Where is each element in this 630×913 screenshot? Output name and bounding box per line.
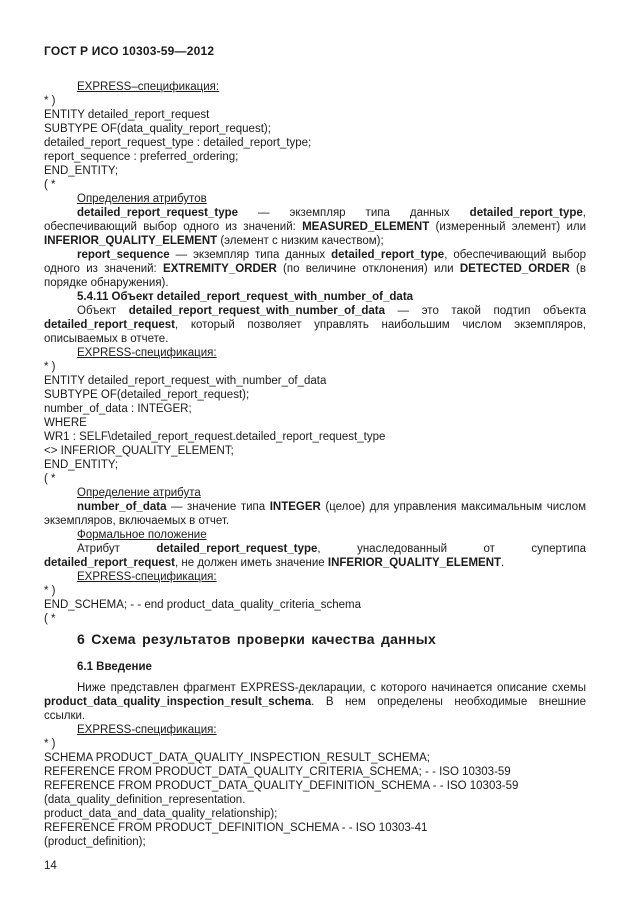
text-segment: WHERE [44,417,87,429]
express-code-line: * ) [44,584,586,598]
express-code-line: END_SCHEMA; - - end product_data_quality… [44,598,586,612]
text-segment: report_sequence [77,249,170,261]
text-segment: (измеренный элемент) или [429,221,586,233]
text-segment: Определение атрибута [77,487,201,499]
text-segment: ( * [44,473,56,485]
underlined-label: EXPRESS-спецификация: [44,346,586,360]
text-segment: Формальное положение [77,529,207,541]
text-segment: * ) [44,738,56,750]
paragraph: number_of_data — значение типа INTEGER (… [44,500,586,528]
express-code-line: ENTITY detailed_report_request [44,108,586,122]
express-code-line: product_data_and_data_quality_relationsh… [44,807,586,821]
text-segment: (data_quality_definition_representation. [44,794,245,806]
text-segment: INFERIOR_QUALITY_ELEMENT [44,235,217,247]
text-segment: Атрибут [77,543,156,555]
text-segment: * ) [44,95,56,107]
text-segment: detailed_report_request_type [77,207,238,219]
paragraph: Ниже представлен фрагмент EXPRESS-деклар… [44,681,586,723]
express-code-line: * ) [44,94,586,108]
text-segment: EXPRESS-спецификация: [77,571,217,583]
express-code-line: (product_definition); [44,835,586,849]
underlined-label: Определения атрибутов [44,192,586,206]
express-code-line: END_ENTITY; [44,164,586,178]
text-segment: number_of_data [77,501,166,513]
text-segment: EXPRESS-спецификация: [77,347,217,359]
text-segment: detailed_report_request_with_number_of_d… [129,305,385,317]
express-code-line: report_sequence : preferred_ordering; [44,150,586,164]
express-code-line: ( * [44,178,586,192]
express-code-line: number_of_data : INTEGER; [44,402,586,416]
text-segment: — экземпляр типа данных [170,249,331,261]
paragraph: report_sequence — экземпляр типа данных … [44,248,586,290]
text-segment: REFERENCE FROM PRODUCT_DATA_QUALITY_CRIT… [44,766,511,778]
text-segment: number_of_data : INTEGER; [44,403,192,415]
text-segment: — экземпляр типа данных [238,207,470,219]
text-segment: — это такой подтип объекта [385,305,586,317]
text-segment: (элемент с низким качеством); [217,235,384,247]
text-segment: 6 Схема результатов проверки качества да… [77,631,436,647]
document-page: ГОСТ Р ИСО 10303-59—2012 EXPRESS–специфи… [0,0,630,913]
express-code-line: REFERENCE FROM PRODUCT_DATA_QUALITY_DEFI… [44,779,586,793]
text-segment: Ниже представлен фрагмент EXPRESS-деклар… [77,682,586,694]
underlined-label: Формальное положение [44,528,586,542]
text-segment: <> INFERIOR_QUALITY_ELEMENT; [44,445,234,457]
express-code-line: ( * [44,612,586,626]
text-segment: detailed_report_type [331,249,444,261]
paragraph: Атрибут detailed_report_request_type, ун… [44,542,586,570]
text-segment: detailed_report_request [44,319,175,331]
text-segment: Объект [77,305,129,317]
text-segment: ENTITY detailed_report_request [44,109,209,121]
text-segment: detailed_report_request [44,557,175,569]
text-segment: MEASURED_ELEMENT [302,221,429,233]
express-code-line: SCHEMA PRODUCT_DATA_QUALITY_INSPECTION_R… [44,751,586,765]
text-segment: , унаследованный от супертипа [317,543,586,555]
text-segment: detailed_report_type [470,207,583,219]
text-segment: 6.1 Введение [77,661,152,673]
text-segment: report_sequence : preferred_ordering; [44,151,238,163]
subsection-heading: 6.1 Введение [44,660,586,674]
paragraph: detailed_report_request_type — экземпляр… [44,206,586,248]
text-segment: * ) [44,361,56,373]
text-segment: * ) [44,585,56,597]
text-segment: WR1 : SELF\detailed_report_request.detai… [44,431,385,443]
text-segment: , не должен иметь значение [175,557,328,569]
text-segment: REFERENCE FROM PRODUCT_DATA_QUALITY_DEFI… [44,780,518,792]
text-segment: EXPRESS–спецификация: [77,81,219,93]
express-code-line: detailed_report_request_type : detailed_… [44,136,586,150]
text-segment: ( * [44,613,56,625]
underlined-label: EXPRESS–спецификация: [44,80,586,94]
text-segment: detailed_report_request_type [156,543,317,555]
text-segment: — значение типа [166,501,269,513]
text-segment: END_ENTITY; [44,459,118,471]
express-code-line: * ) [44,737,586,751]
underlined-label: EXPRESS-спецификация: [44,570,586,584]
text-segment: Определения атрибутов [77,193,207,205]
text-segment: END_ENTITY; [44,165,118,177]
text-segment: (product_definition); [44,836,146,848]
text-segment: REFERENCE FROM PRODUCT_DEFINITION_SCHEMA… [44,822,427,834]
express-code-line: END_ENTITY; [44,458,586,472]
express-code-line: ENTITY detailed_report_request_with_numb… [44,374,586,388]
express-code-line: * ) [44,360,586,374]
text-segment: SUBTYPE OF(detailed_report_request); [44,389,249,401]
section-heading: 6 Схема результатов проверки качества да… [44,630,586,648]
express-code-line: REFERENCE FROM PRODUCT_DEFINITION_SCHEMA… [44,821,586,835]
express-code-line: WR1 : SELF\detailed_report_request.detai… [44,430,586,444]
express-code-line: WHERE [44,416,586,430]
text-segment: INFERIOR_QUALITY_ELEMENT [328,557,501,569]
document-header: ГОСТ Р ИСО 10303-59—2012 [44,44,586,58]
page-number: 14 [44,859,586,873]
text-segment: product_data_and_data_quality_relationsh… [44,808,277,820]
express-code-line: ( * [44,472,586,486]
text-segment: EXTREMITY_ORDER [163,263,277,275]
express-code-line: SUBTYPE OF(detailed_report_request); [44,388,586,402]
text-segment: INTEGER [270,501,321,513]
express-code-line: SUBTYPE OF(data_quality_report_request); [44,122,586,136]
document-body: EXPRESS–спецификация:* )ENTITY detailed_… [44,80,586,849]
text-segment: END_SCHEMA; - - end product_data_quality… [44,599,361,611]
underlined-label: EXPRESS-спецификация: [44,723,586,737]
paragraph: Объект detailed_report_request_with_numb… [44,304,586,346]
text-segment: 5.4.11 Объект detailed_report_request_wi… [77,291,413,303]
express-code-line: REFERENCE FROM PRODUCT_DATA_QUALITY_CRIT… [44,765,586,779]
underlined-label: Определение атрибута [44,486,586,500]
text-segment: EXPRESS-спецификация: [77,724,217,736]
express-code-line: (data_quality_definition_representation. [44,793,586,807]
express-code-line: <> INFERIOR_QUALITY_ELEMENT; [44,444,586,458]
text-segment: DETECTED_ORDER [460,263,570,275]
subclause-heading: 5.4.11 Объект detailed_report_request_wi… [44,290,586,304]
text-segment: SUBTYPE OF(data_quality_report_request); [44,123,271,135]
text-segment: detailed_report_request_type : detailed_… [44,137,311,149]
text-segment: ENTITY detailed_report_request_with_numb… [44,375,326,387]
text-segment: ( * [44,179,56,191]
text-segment: SCHEMA PRODUCT_DATA_QUALITY_INSPECTION_R… [44,752,430,764]
text-segment: product_data_quality_inspection_result_s… [44,696,311,708]
text-segment: (по величине отклонения) или [277,263,460,275]
text-segment: . [501,557,504,569]
